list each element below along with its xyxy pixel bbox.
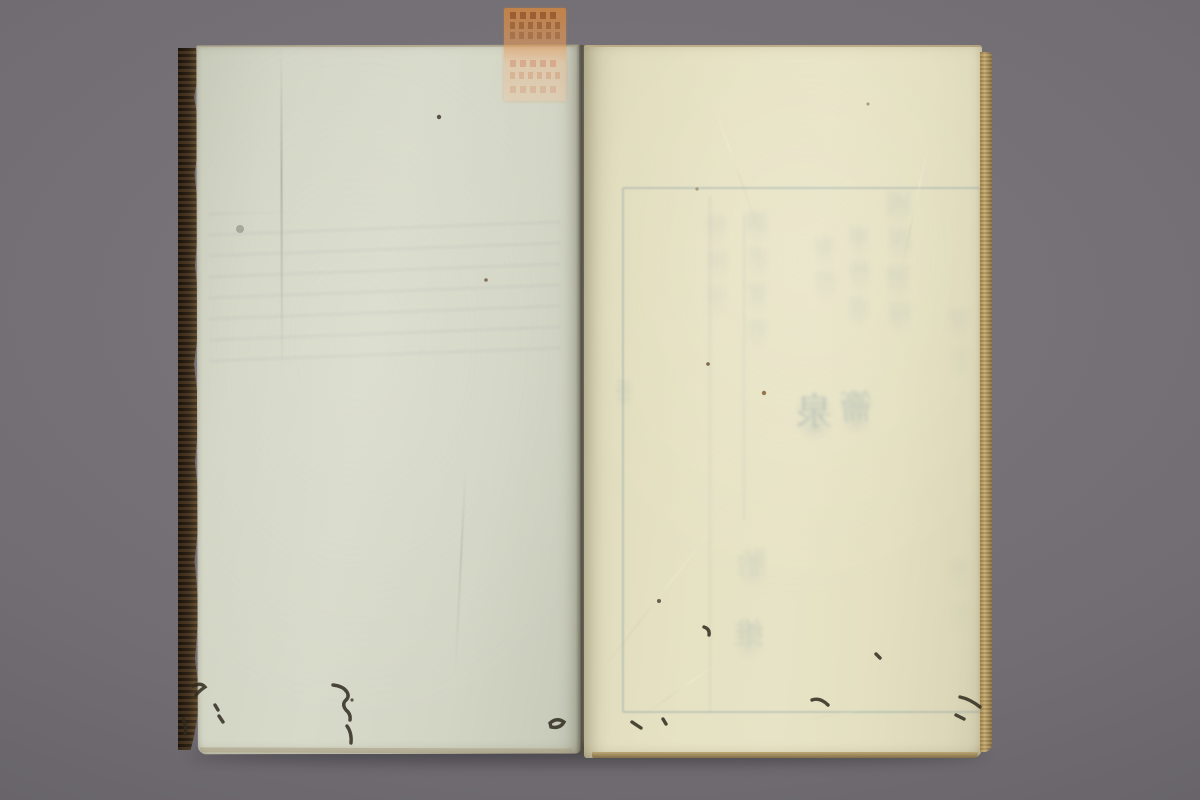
left-page [196,45,580,755]
ghost-character: 實 [742,281,772,315]
label-marking-row [510,60,560,67]
ghost-character: 軍 [844,225,874,259]
ghost-character: 摺 [811,269,840,302]
right-page: 泉籥胎維國課鹽糧軍務處奏摺講求實效條陳事鹽引奉行二 [584,45,982,758]
orange-label-slip [504,8,566,101]
ghost-character: 奏 [810,235,840,269]
bottom-page-edges-right [592,752,978,758]
label-marking-row [510,86,560,93]
label-marking-row [510,72,560,79]
paper-crease [280,47,283,377]
ghost-character: 胎 [734,549,770,589]
label-marking-row [510,12,560,19]
ghost-character: 務 [845,259,875,293]
ghost-glyphs: 泉籥胎維國課鹽糧軍務處奏摺講求實效條陳事鹽引奉行二 [584,47,982,758]
ghost-character: 二 [612,379,636,407]
ghost-character: 奉 [944,557,974,591]
ghost-character: 事 [702,285,731,318]
ghost-character: 求 [743,245,773,279]
ghost-character: 泉 [792,393,836,441]
ghost-character: 處 [844,295,874,329]
ghost-character: 講 [742,210,772,244]
ghost-character: 陳 [703,249,732,282]
ghost-character: 糧 [884,301,915,336]
label-marking-row [510,32,560,39]
open-book: 泉籥胎維國課鹽糧軍務處奏摺講求實效條陳事鹽引奉行二 [178,42,990,756]
left-page-showthrough-bands [209,212,561,368]
ghost-character: 條 [702,213,731,246]
ghost-character: 效 [743,317,772,350]
fore-edge-page-stack [980,52,992,752]
ghost-character: 行 [945,601,974,634]
ghost-character: 引 [946,345,975,378]
label-marking-row [510,22,560,29]
paper-crease [454,467,467,677]
ghost-character: 維 [730,619,767,660]
ghost-character: 鹽 [944,307,974,341]
ghost-character: 鹽 [882,265,914,301]
ghost-character: 籥 [836,391,876,435]
ghost-character: 課 [884,227,916,263]
